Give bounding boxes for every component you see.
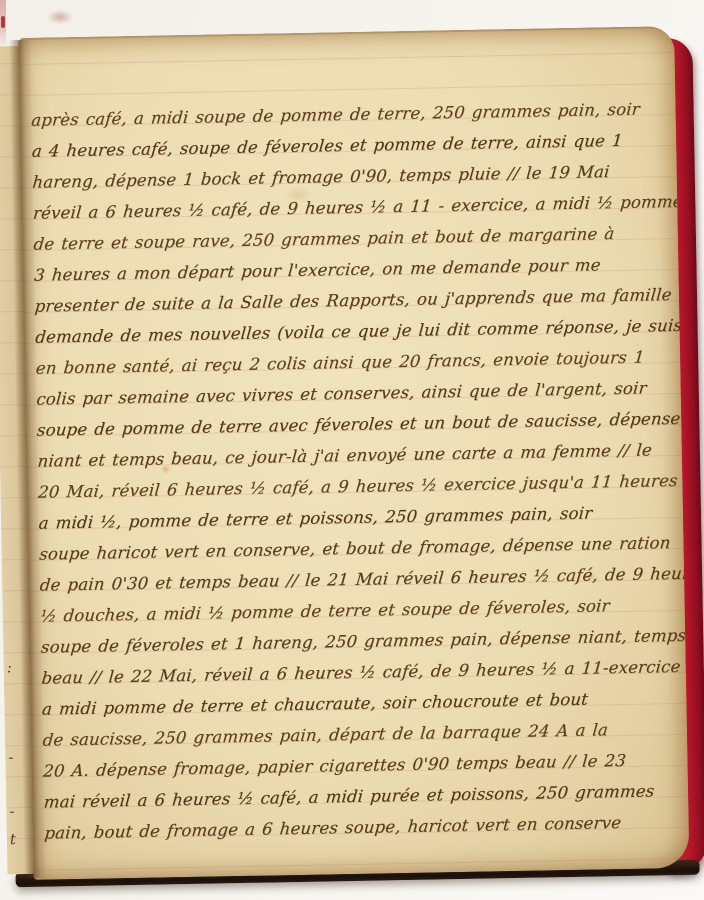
handwritten-text: après café, a midi soupe de pomme de ter…	[29, 93, 687, 849]
margin-handwriting-fragment: :	[7, 658, 12, 676]
paper-stain	[47, 10, 73, 24]
notebook: : - - t après café, a midi soupe de pomm…	[0, 0, 704, 900]
margin-handwriting-fragment: -	[8, 748, 13, 766]
margin-handwriting-fragment: -	[9, 802, 14, 820]
scan-edge-artifact	[1, 16, 5, 28]
scanned-diary-photo: : - - t après café, a midi soupe de pomm…	[0, 0, 704, 900]
margin-handwriting-fragment: t	[10, 830, 16, 848]
diary-page: après café, a midi soupe de pomme de ter…	[18, 26, 689, 880]
